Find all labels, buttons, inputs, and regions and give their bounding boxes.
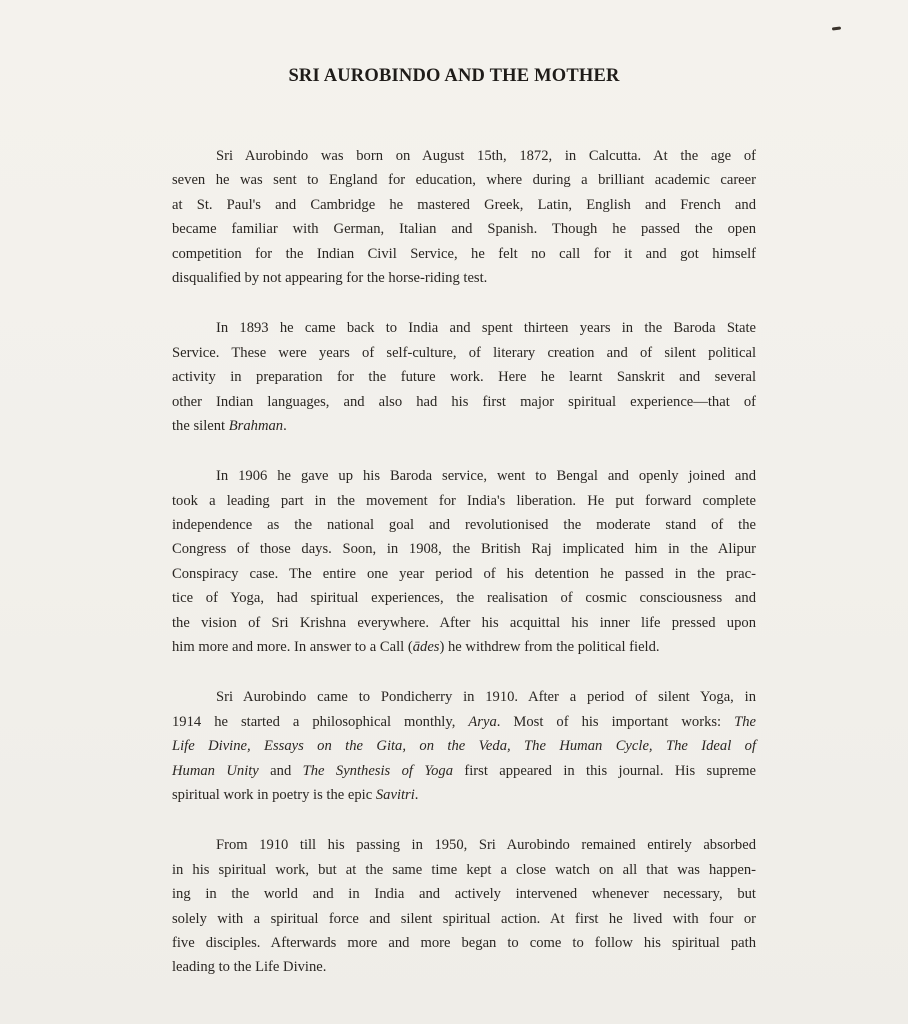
text-line: From 1910 till his passing in 1950, Sri … (172, 833, 756, 857)
paragraph-gap (172, 659, 756, 685)
text-line: In 1906 he gave up his Baroda service, w… (172, 464, 756, 488)
text-line: ing in the world and in India and active… (172, 882, 756, 906)
text-line: him more and more. In answer to a Call (… (172, 635, 756, 659)
text-line: took a leading part in the movement for … (172, 489, 756, 513)
paragraph: From 1910 till his passing in 1950, Sri … (172, 833, 756, 979)
scanned-page: SRI AUROBINDO AND THE MOTHER Sri Aurobin… (0, 0, 908, 1024)
text-line: the silent Brahman. (172, 414, 756, 438)
text-line: 1914 he started a philosophical monthly,… (172, 710, 756, 734)
text-line: Sri Aurobindo came to Pondicherry in 191… (172, 685, 756, 709)
text-line: leading to the Life Divine. (172, 955, 756, 979)
paragraph: Sri Aurobindo was born on August 15th, 1… (172, 144, 756, 290)
text-line: competition for the Indian Civil Service… (172, 242, 756, 266)
paragraph-gap (172, 807, 756, 833)
text-line: Human Unity and The Synthesis of Yoga fi… (172, 759, 756, 783)
text-line: five disciples. Afterwards more and more… (172, 931, 756, 955)
text-line: tice of Yoga, had spiritual experiences,… (172, 586, 756, 610)
text-line: Conspiracy case. The entire one year per… (172, 562, 756, 586)
text-line: other Indian languages, and also had his… (172, 390, 756, 414)
paragraph-gap (172, 290, 756, 316)
paragraph: Sri Aurobindo came to Pondicherry in 191… (172, 685, 756, 807)
document-body: Sri Aurobindo was born on August 15th, 1… (172, 144, 756, 980)
paragraph: In 1893 he came back to India and spent … (172, 316, 756, 438)
text-line: seven he was sent to England for educati… (172, 168, 756, 192)
text-line: Service. These were years of self-cultur… (172, 341, 756, 365)
text-line: at St. Paul's and Cambridge he mastered … (172, 193, 756, 217)
text-line: became familiar with German, Italian and… (172, 217, 756, 241)
page-title: SRI AUROBINDO AND THE MOTHER (0, 66, 908, 87)
paragraph-gap (172, 438, 756, 464)
text-line: Congress of those days. Soon, in 1908, t… (172, 537, 756, 561)
text-line: Life Divine, Essays on the Gita, on the … (172, 734, 756, 758)
text-line: spiritual work in poetry is the epic Sav… (172, 783, 756, 807)
text-line: In 1893 he came back to India and spent … (172, 316, 756, 340)
text-line: in his spiritual work, but at the same t… (172, 858, 756, 882)
text-line: solely with a spiritual force and silent… (172, 907, 756, 931)
text-line: disqualified by not appearing for the ho… (172, 266, 756, 290)
text-line: Sri Aurobindo was born on August 15th, 1… (172, 144, 756, 168)
ink-speck (832, 26, 841, 30)
text-line: independence as the national goal and re… (172, 513, 756, 537)
text-line: activity in preparation for the future w… (172, 365, 756, 389)
paragraph: In 1906 he gave up his Baroda service, w… (172, 464, 756, 659)
text-line: the vision of Sri Krishna everywhere. Af… (172, 611, 756, 635)
